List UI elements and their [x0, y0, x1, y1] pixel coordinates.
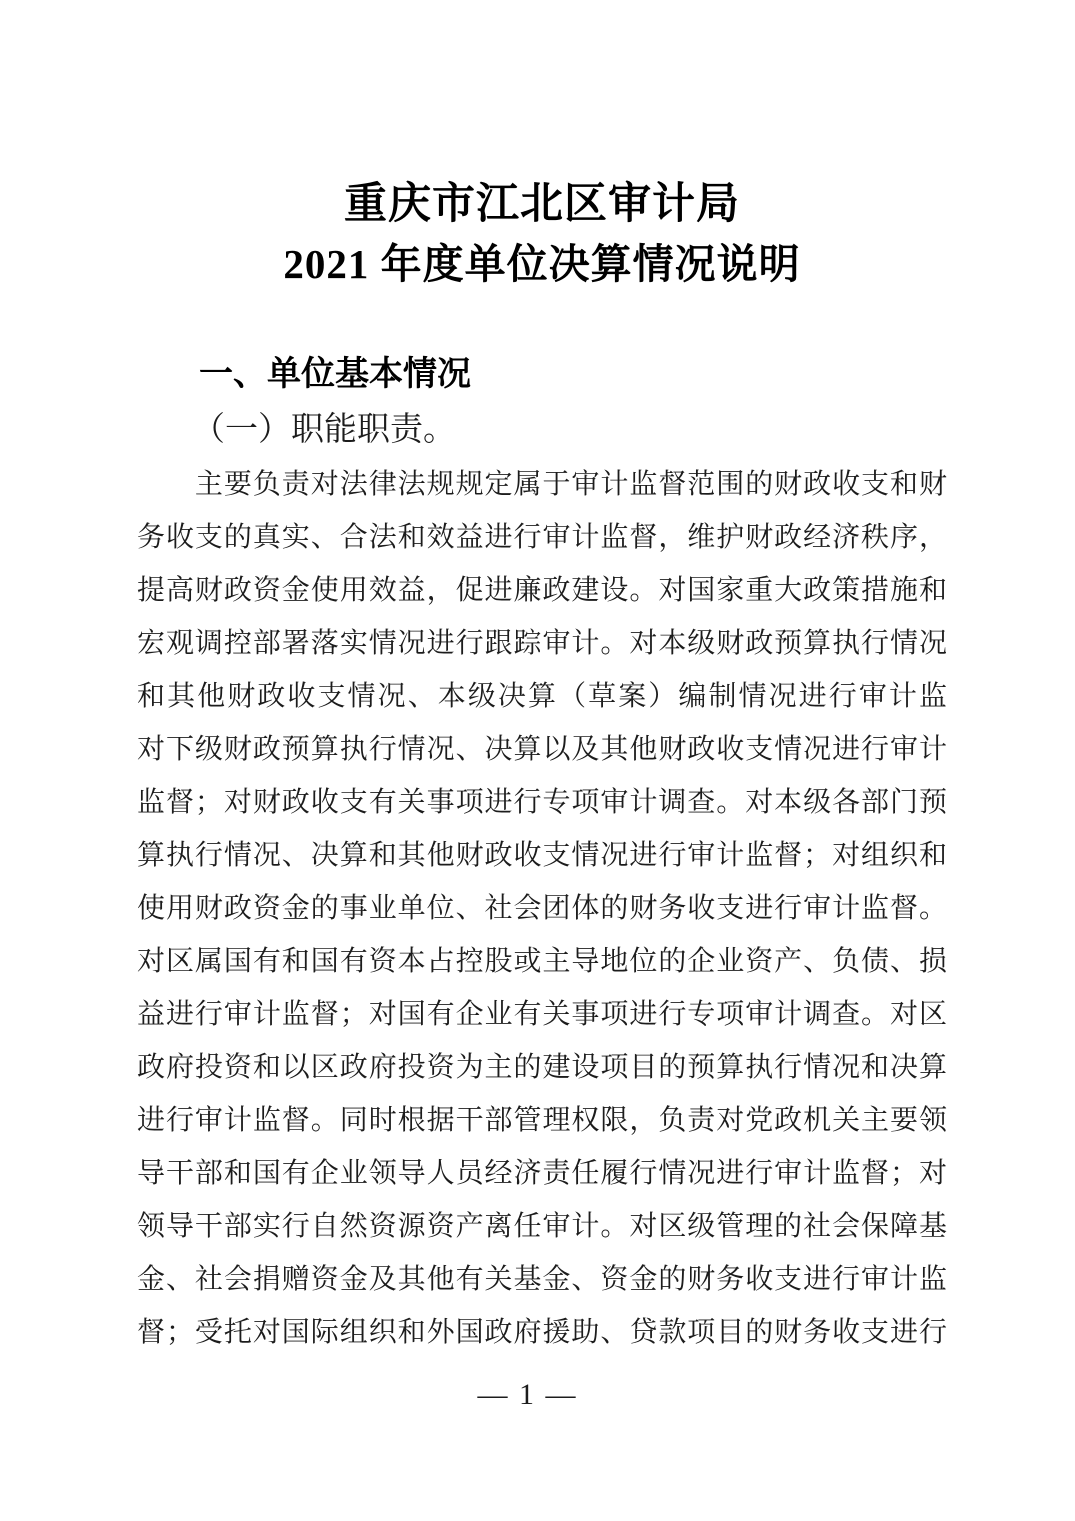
body-line: 督；受托对国际组织和外国政府援助、贷款项目的财务收支进行 — [137, 1306, 947, 1359]
body-line: 对下级财政预算执行情况、决算以及其他财政收支情况进行审计 — [137, 723, 947, 776]
body-line: 和其他财政收支情况、本级决算（草案）编制情况进行审计监督； — [137, 670, 947, 723]
document-content: 重庆市江北区审计局 2021 年度单位决算情况说明 一、单位基本情况 （一）职能… — [137, 0, 947, 1359]
body-line: 导干部和国有企业领导人员经济责任履行情况进行审计监督；对 — [137, 1147, 947, 1200]
body-line: 益进行审计监督；对国有企业有关事项进行专项审计调查。对区 — [137, 988, 947, 1041]
body-line: 金、社会捐赠资金及其他有关基金、资金的财务收支进行审计监 — [137, 1253, 947, 1306]
subsection-heading: （一）职能职责。 — [137, 408, 947, 452]
body-line: 宏观调控部署落实情况进行跟踪审计。对本级财政预算执行情况 — [137, 617, 947, 670]
body-line: 务收支的真实、合法和效益进行审计监督，维护财政经济秩序， — [137, 511, 947, 564]
body-line: 使用财政资金的事业单位、社会团体的财务收支进行审计监督。 — [137, 882, 947, 935]
body-paragraph: 主要负责对法律法规规定属于审计监督范围的财政收支和财务收支的真实、合法和效益进行… — [137, 458, 947, 1359]
document-title-line2: 2021 年度单位决算情况说明 — [137, 238, 947, 290]
document-page: 重庆市江北区审计局 2021 年度单位决算情况说明 一、单位基本情况 （一）职能… — [0, 0, 1075, 1521]
body-line: 监督；对财政收支有关事项进行专项审计调查。对本级各部门预 — [137, 776, 947, 829]
body-line: 进行审计监督。同时根据干部管理权限，负责对党政机关主要领 — [137, 1094, 947, 1147]
body-line: 提高财政资金使用效益，促进廉政建设。对国家重大政策措施和 — [137, 564, 947, 617]
body-line: 政府投资和以区政府投资为主的建设项目的预算执行情况和决算 — [137, 1041, 947, 1094]
body-line: 算执行情况、决算和其他财政收支情况进行审计监督；对组织和 — [137, 829, 947, 882]
body-line: 对区属国有和国有资本占控股或主导地位的企业资产、负债、损 — [137, 935, 947, 988]
body-line: 领导干部实行自然资源资产离任审计。对区级管理的社会保障基 — [137, 1200, 947, 1253]
page-number: — 1 — — [0, 1375, 1055, 1415]
section-heading: 一、单位基本情况 — [137, 352, 947, 396]
document-title-line1: 重庆市江北区审计局 — [137, 180, 947, 230]
body-line: 主要负责对法律法规规定属于审计监督范围的财政收支和财 — [137, 458, 947, 511]
document-title: 重庆市江北区审计局 2021 年度单位决算情况说明 — [137, 180, 947, 290]
